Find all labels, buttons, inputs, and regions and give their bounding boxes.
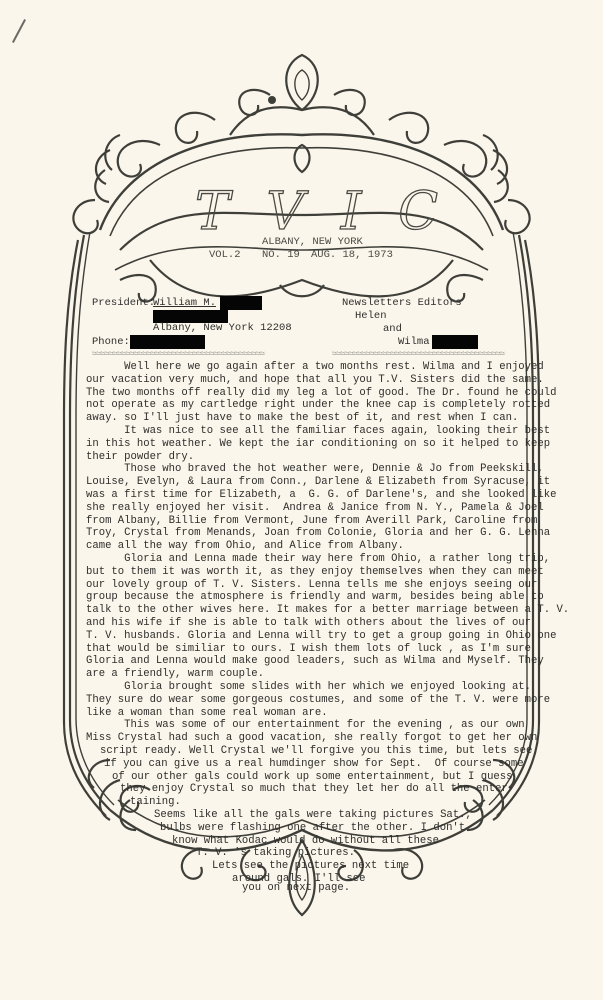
newsletter-title: T V I C — [195, 182, 440, 242]
body-line: from Albany, Billie from Vermont, June f… — [86, 515, 537, 528]
body-line: T. V. husbands. Gloria and Lenna will tr… — [86, 630, 556, 643]
body-line: Those who braved the hot weather were, D… — [86, 463, 544, 476]
body-line: bulbs were flashing one after the other.… — [160, 822, 465, 835]
body-line: Miss Crystal had such a good vacation, s… — [86, 732, 537, 745]
issue-date: AUG. 18, 1973 — [311, 249, 393, 261]
body-line: Seems like all the gals were taking pict… — [154, 809, 472, 822]
president-city: Albany, New York 12208 — [153, 322, 292, 334]
title-letter: I — [341, 182, 364, 242]
body-line: taining. — [130, 796, 181, 809]
title-letter: C — [398, 182, 440, 242]
volume: VOL.2 — [209, 249, 241, 261]
body-line: like a woman than some real woman are. — [86, 707, 328, 720]
body-line: Gloria and Lenna would make good leaders… — [86, 655, 544, 668]
newsletter-page: T V I C ALBANY, NEW YORK VOL.2 NO. 19 AU… — [0, 0, 603, 1000]
body-line: talk to the other wives here. It makes f… — [86, 604, 569, 617]
body-line: know what Kodac would do without all the… — [172, 835, 439, 848]
body-line: our lovely group of T. V. Sisters. Lenna… — [86, 579, 537, 592]
body-line: The two months off really did my leg a l… — [86, 387, 556, 400]
redacted-editor-surname — [432, 335, 478, 349]
location: ALBANY, NEW YORK — [262, 236, 363, 248]
body-line: was a first time for Elizabeth, a G. G. … — [86, 489, 556, 502]
issue-number: NO. 19 — [262, 249, 300, 261]
title-letter: T — [195, 182, 232, 242]
body-line: Lets see the pictures next time — [212, 860, 409, 873]
body-line: They sure do wear some gorgeous costumes… — [86, 694, 550, 707]
body-line: came all the way from Ohio, and Alice fr… — [86, 540, 404, 553]
body-line: they enjoy Crystal so much that they let… — [120, 783, 514, 796]
phone-label: Phone: — [92, 336, 130, 348]
body-line: Louise, Evelyn, & Laura from Conn., Darl… — [86, 476, 550, 489]
body-line: you on next page. — [242, 882, 350, 895]
president-name: William M. — [153, 297, 216, 309]
editors-label: Newsletters Editors — [342, 297, 462, 309]
redacted-surname — [220, 296, 262, 310]
body-line: not operate as my cartledge right under … — [86, 399, 550, 412]
body-line: if you can give us a real humdinger show… — [104, 758, 524, 771]
body-line: Well here we go again after a two months… — [86, 361, 544, 374]
body-line: our vacation very much, and hope that al… — [86, 374, 544, 387]
editor-joiner: and — [383, 323, 402, 335]
body-line: Troy, Crystal from Menands, Joan from Co… — [86, 527, 550, 540]
body-line: she really enjoyed her visit. Andrea & J… — [86, 502, 544, 515]
body-line: are a friendly, warm couple. — [86, 668, 264, 681]
separator-right: ಜಜಜಜಜಜಜಜಜಜಜಜಜಜಜಜಜಜಜಜಜಜಜಜಜಜಜಜಜಜಜಜಜಜಜಜಜಜಜಜ… — [332, 350, 512, 358]
body-line: Gloria and Lenna made their way here fro… — [86, 553, 550, 566]
editor-wilma: Wilma — [398, 336, 430, 348]
redacted-phone — [130, 335, 205, 349]
body-line: group because the atmosphere is friendly… — [86, 591, 544, 604]
body-line: Gloria brought some slides with her whic… — [86, 681, 531, 694]
body-line: and his wife if she is able to talk with… — [86, 617, 531, 630]
body-line: This was some of our entertainment for t… — [86, 719, 525, 732]
body-line: T. V. 's taking pictures. — [196, 847, 355, 860]
editor-helen: Helen — [355, 310, 387, 322]
body-line: their powder dry. — [86, 451, 194, 464]
body-line: that would be similiar to ours. I wish t… — [86, 643, 531, 656]
president-label: President: — [92, 297, 155, 309]
body-line: but to them it was worth it, as they enj… — [86, 566, 544, 579]
body-line: away. so I'll just have to make the best… — [86, 412, 518, 425]
body-line: of our other gals could work up some ent… — [112, 771, 513, 784]
title-letter: V — [266, 182, 306, 242]
body-line: in this hot weather. We kept the iar con… — [86, 438, 550, 451]
separator-left: ಜಜಜಜಜಜಜಜಜಜಜಜಜಜಜಜಜಜಜಜಜಜಜಜಜಜಜಜಜಜಜಜಜಜಜಜಜಜಜಜ… — [92, 350, 290, 358]
body-line: script ready. Well Crystal we'll forgive… — [100, 745, 532, 758]
body-line: It was nice to see all the familiar face… — [86, 425, 550, 438]
